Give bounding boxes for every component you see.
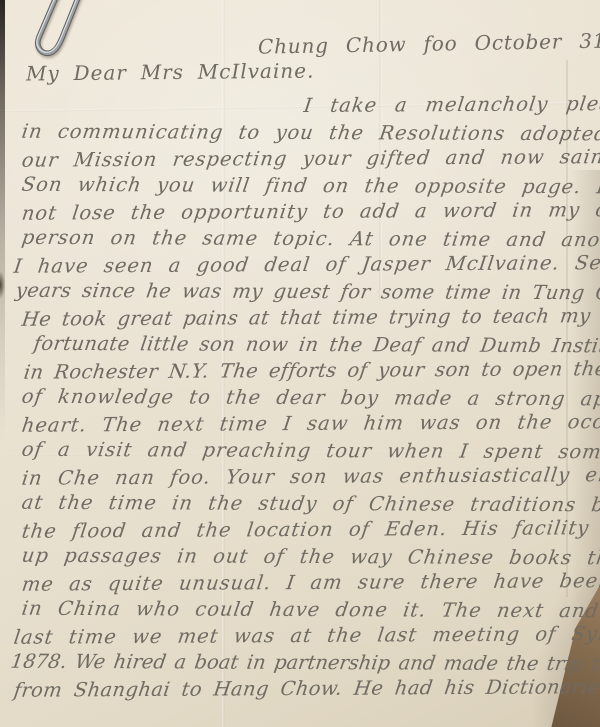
letter-line: of knowledge to the dear boy made a stro… [8, 383, 598, 412]
letter-body: I take a melancholy pleasurein communica… [8, 93, 598, 703]
letter-line: me as quite unusual. I am sure there hav… [8, 568, 598, 598]
handwritten-letter: Chung Chow foo October 31 1881 My Dear M… [0, 0, 600, 727]
letter-line: of a visit and preaching tour when I spe… [8, 436, 598, 465]
letter-line: not lose the opportunity to add a word i… [8, 197, 598, 227]
letter-line: in Che nan foo. Your son was enthusiasti… [8, 462, 598, 492]
letter-photo: Chung Chow foo October 31 1881 My Dear M… [0, 0, 600, 727]
letter-line: person on the same topic. At one time an… [8, 224, 598, 253]
letter-line: in communicating to you the Resolutions … [8, 118, 598, 147]
letter-line: in Rochester N.Y. The efforts of your so… [8, 356, 598, 386]
letter-line: heart. The next time I saw him was on th… [8, 409, 598, 439]
letter-line: our Mission respecting your gifted and n… [8, 144, 598, 174]
letter-line: I take a melancholy pleasure [8, 91, 598, 121]
letter-line: last time we met was at the last meeting… [8, 621, 598, 651]
letter-line: up passages in out of the way Chinese bo… [8, 542, 598, 571]
letter-line: Son which you will find on the opposite … [8, 171, 598, 200]
letter-line: 1878. We hired a boat in partnership and… [8, 648, 598, 677]
letter-line: years since he was my guest for some tim… [8, 277, 598, 306]
letter-line: I have seen a good deal of Jasper McIlva… [8, 250, 598, 280]
letter-line: the flood and the location of Eden. His … [8, 515, 598, 545]
letter-salutation: My Dear Mrs McIlvaine. [26, 58, 315, 85]
letter-dateline: Chung Chow foo October 31 1881 [258, 27, 600, 58]
letter-line: He took great pains at that time trying … [8, 303, 598, 333]
letter-line: fortunate little son now in the Deaf and… [8, 330, 598, 359]
letter-line: at the time in the study of Chinese trad… [8, 489, 598, 518]
letter-line: from Shanghai to Hang Chow. He had his D… [8, 674, 598, 704]
letter-line: in China who could have done it. The nex… [8, 595, 598, 624]
